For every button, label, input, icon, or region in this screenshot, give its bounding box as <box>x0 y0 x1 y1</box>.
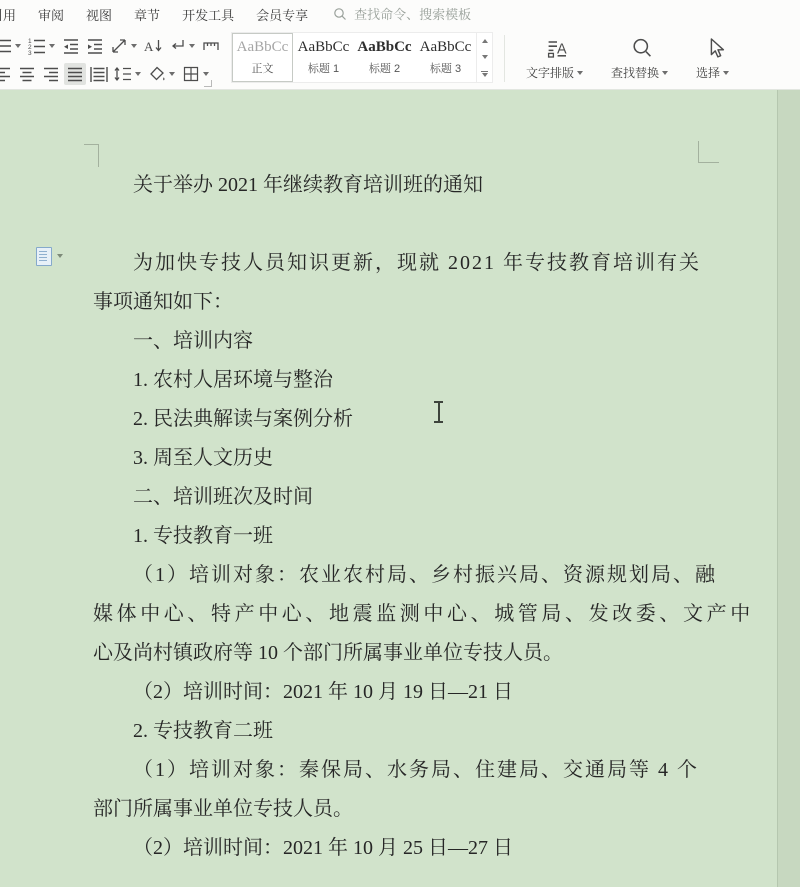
text-layout-icon: A <box>545 36 569 60</box>
menu-dev-tools[interactable]: 开发工具 <box>171 5 245 24</box>
paste-options-icon <box>36 247 52 266</box>
paragraph-mark-dropdown[interactable] <box>189 44 195 48</box>
page-right-edge <box>777 90 800 887</box>
menu-bar: 引用 审阅 视图 章节 开发工具 会员专享 <box>0 0 800 28</box>
toolbar-divider <box>504 35 505 82</box>
distribute-justify-icon[interactable] <box>88 63 110 85</box>
borders-dropdown[interactable] <box>203 72 209 76</box>
ruler-icon[interactable] <box>200 35 222 57</box>
style-heading3[interactable]: AaBbCc 标题 3 <box>415 33 476 82</box>
paragraph-mark-icon[interactable] <box>166 35 188 57</box>
line-spacing-dropdown[interactable] <box>135 72 141 76</box>
command-search[interactable] <box>333 6 506 23</box>
menu-review[interactable]: 审阅 <box>27 5 75 24</box>
doc-line: 心及尚村镇政府等 10 个部门所属事业单位专技人员。 <box>93 634 701 673</box>
magnifier-icon <box>630 36 654 60</box>
justify-icon[interactable] <box>64 63 86 85</box>
borders-icon[interactable] <box>180 63 202 85</box>
doc-line: 1. 专技教育一班 <box>93 517 701 556</box>
document-text[interactable]: 关于举办 2021 年继续教育培训班的通知 为加快专技人员知识更新，现就 202… <box>93 166 701 868</box>
gallery-more-styles[interactable] <box>477 66 492 82</box>
select-button[interactable]: 选择 <box>684 28 745 89</box>
numbered-list-icon[interactable]: 1 2 3 <box>26 35 48 57</box>
text-layout-button[interactable]: A 文字排版 <box>514 28 599 89</box>
menu-section[interactable]: 章节 <box>123 5 171 24</box>
doc-line: 2. 民法典解读与案例分析 <box>93 400 701 439</box>
doc-line: 一、培训内容 <box>93 322 701 361</box>
doc-line: 3. 周至人文历史 <box>93 439 701 478</box>
doc-line: 为加快专技人员知识更新，现就 2021 年专技教育培训有关 <box>93 244 701 283</box>
menu-view[interactable]: 视图 <box>75 5 123 24</box>
menu-references[interactable]: 引用 <box>0 5 27 24</box>
search-icon <box>333 7 347 21</box>
doc-line: （2）培训时间：2021 年 10 月 25 日—27 日 <box>93 829 701 868</box>
decrease-indent-icon[interactable] <box>60 35 82 57</box>
gallery-scroll-up[interactable] <box>477 33 492 49</box>
bullet-list-icon[interactable] <box>0 35 14 57</box>
style-normal[interactable]: AaBbCc 正文 <box>232 33 293 82</box>
paste-options-dropdown <box>57 254 63 258</box>
doc-line: 二、培训班次及时间 <box>93 478 701 517</box>
doc-line: 2. 专技教育二班 <box>93 712 701 751</box>
find-replace-dropdown <box>662 71 668 75</box>
smart-typeset-icon[interactable] <box>108 35 130 57</box>
line-spacing-icon[interactable] <box>112 63 134 85</box>
margin-corner-mark-left <box>84 144 99 167</box>
gallery-scroll-down[interactable] <box>477 49 492 65</box>
doc-blank-line <box>93 205 701 244</box>
format-toolbar: 1 2 3 <box>0 28 800 90</box>
margin-corner-mark-right <box>698 141 719 163</box>
doc-line: （2）培训时间：2021 年 10 月 19 日—21 日 <box>93 673 701 712</box>
svg-text:A: A <box>557 41 567 57</box>
cursor-arrow-icon <box>703 36 727 60</box>
numbered-list-dropdown[interactable] <box>49 44 55 48</box>
paragraph-group: 1 2 3 <box>0 28 223 89</box>
shading-dropdown[interactable] <box>169 72 175 76</box>
shading-icon[interactable] <box>146 63 168 85</box>
increase-indent-icon[interactable] <box>84 35 106 57</box>
doc-line: （1）培训对象：农业农村局、乡村振兴局、资源规划局、融 <box>93 556 701 595</box>
search-input[interactable] <box>352 6 506 23</box>
svg-text:A: A <box>144 39 154 54</box>
menu-membership[interactable]: 会员专享 <box>245 5 319 24</box>
style-gallery: AaBbCc 正文 AaBbCc 标题 1 AaBbCc 标题 2 AaBbCc… <box>231 32 493 83</box>
find-replace-button[interactable]: 查找替换 <box>599 28 684 89</box>
svg-text:3: 3 <box>28 50 32 56</box>
style-gallery-spinner <box>476 33 492 82</box>
group-divider-corner <box>204 80 212 87</box>
align-center-icon[interactable] <box>16 63 38 85</box>
doc-line: 部门所属事业单位专技人员。 <box>93 790 701 829</box>
style-heading1[interactable]: AaBbCc 标题 1 <box>293 33 354 82</box>
sort-descending-icon[interactable]: A <box>142 35 164 57</box>
bullet-list-dropdown[interactable] <box>15 44 21 48</box>
select-dropdown <box>723 71 729 75</box>
doc-line: 事项通知如下： <box>93 283 701 322</box>
smart-typeset-dropdown[interactable] <box>131 44 137 48</box>
align-right-icon[interactable] <box>40 63 62 85</box>
text-layout-dropdown <box>577 71 583 75</box>
align-left-icon[interactable] <box>0 63 14 85</box>
style-heading2[interactable]: AaBbCc 标题 2 <box>354 33 415 82</box>
paste-options-button[interactable] <box>36 247 63 266</box>
doc-line: 媒体中心、特产中心、地震监测中心、城管局、发改委、文产中 <box>93 595 701 634</box>
document-canvas[interactable]: 关于举办 2021 年继续教育培训班的通知 为加快专技人员知识更新，现就 202… <box>0 90 800 887</box>
doc-line: 1. 农村人居环境与整治 <box>93 361 701 400</box>
text-cursor <box>433 401 444 423</box>
doc-line: （1）培训对象：秦保局、水务局、住建局、交通局等 4 个 <box>93 751 701 790</box>
doc-title: 关于举办 2021 年继续教育培训班的通知 <box>93 166 701 205</box>
